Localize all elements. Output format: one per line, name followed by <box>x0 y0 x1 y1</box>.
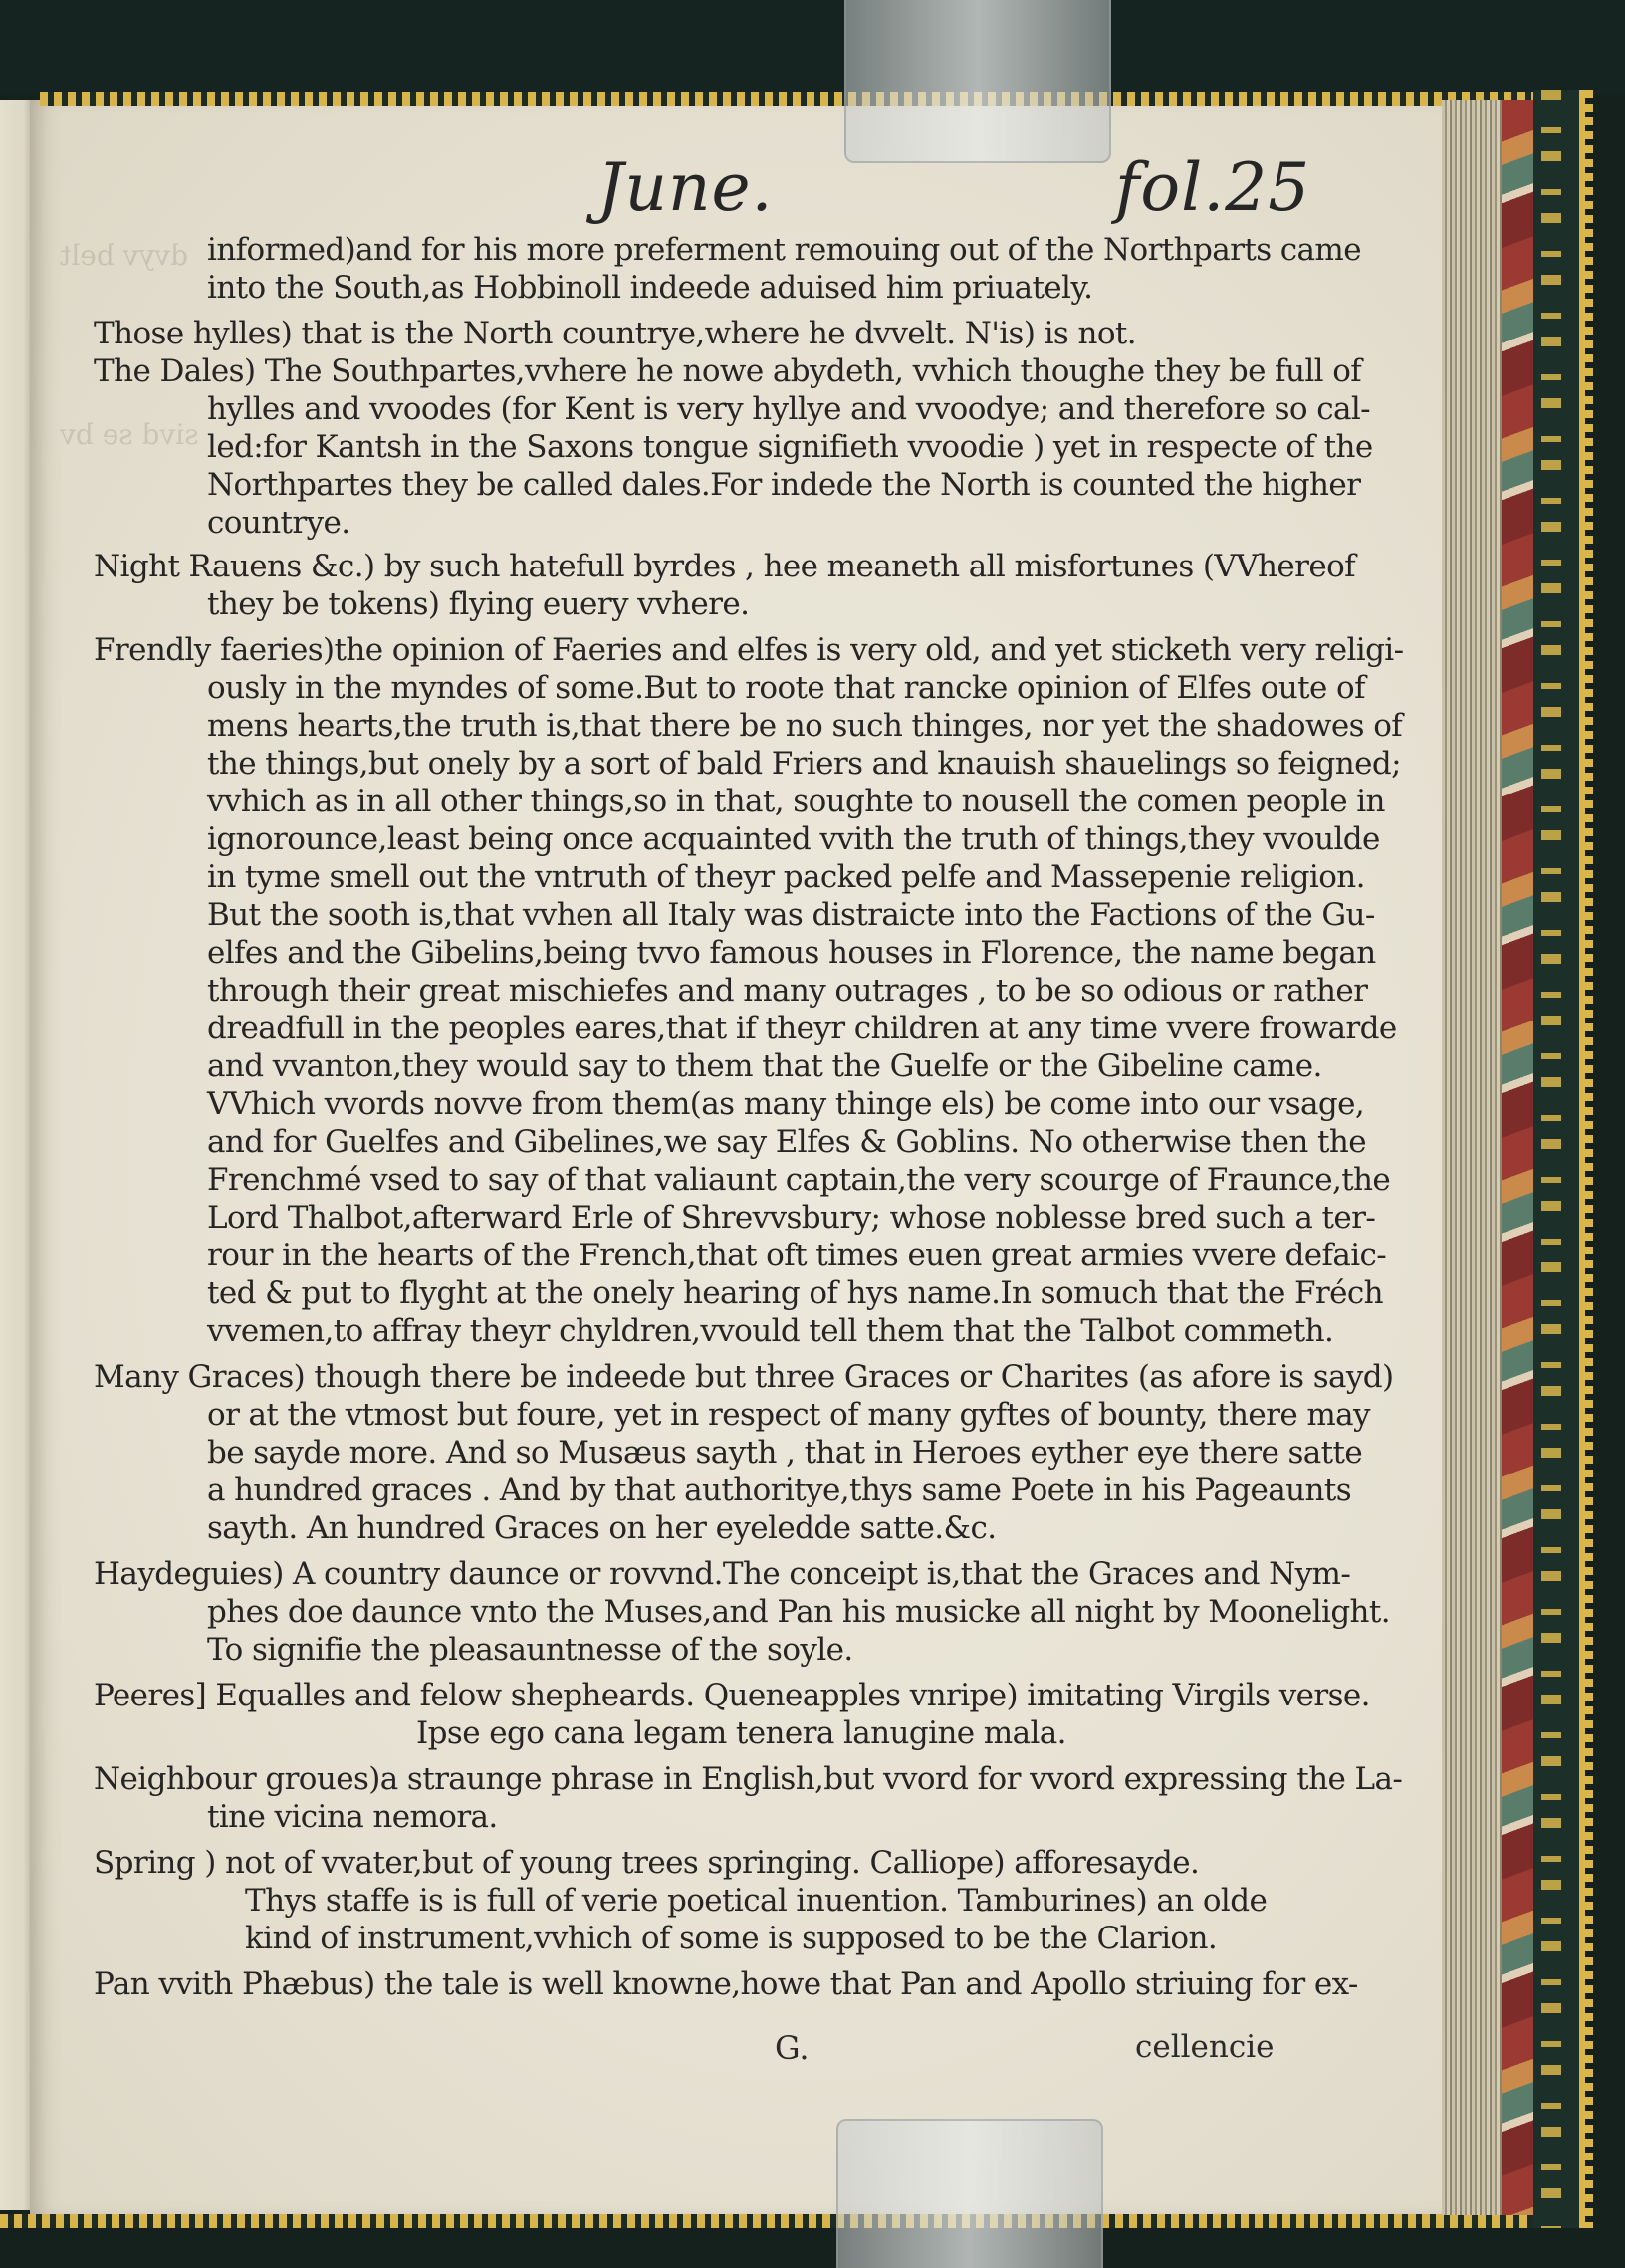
gloss-text-line: rour in the hearts of the French,that of… <box>207 1237 1386 1274</box>
background <box>0 0 1625 95</box>
gloss-text-line: countrye. <box>207 504 350 542</box>
gloss-text-line: dreadfull in the peoples eares,that if t… <box>207 1010 1397 1047</box>
gloss-entry-line: Peeres] Equalles and felow shepheards. Q… <box>94 1677 1370 1714</box>
catchword: cellencie <box>1135 2029 1274 2065</box>
gloss-text-line: To signifie the pleasauntnesse of the so… <box>207 1631 853 1669</box>
gloss-entry-line: Night Rauens &c.) by such hatefull byrde… <box>94 548 1355 585</box>
gloss-text-line: Thys staffe is is full of verie poetical… <box>245 1882 1267 1920</box>
gloss-entry-line: Those hylles) that is the North countrye… <box>94 315 1136 352</box>
glass-page-weight-bottom <box>836 2119 1103 2268</box>
signature-mark: G. <box>775 2029 810 2067</box>
show-through-text: dvyv belt <box>60 239 188 272</box>
gloss-text-line: vvemen,to affray theyr chyldren,vvould t… <box>207 1312 1333 1350</box>
gloss-entry-line: Frendly faeries)the opinion of Faeries a… <box>94 631 1404 669</box>
folio-number: fol.25 <box>1115 149 1310 226</box>
gloss-entry-line: Neighbour groues)a straunge phrase in En… <box>94 1760 1402 1798</box>
gloss-text-line: Lord Thalbot,afterward Erle of Shrevvsbu… <box>207 1199 1375 1237</box>
glass-page-weight-top <box>844 0 1111 163</box>
gloss-text-line: But the sooth is,that vvhen all Italy wa… <box>207 896 1375 934</box>
gloss-text-line: phes doe daunce vnto the Muses,and Pan h… <box>207 1593 1390 1631</box>
gloss-text-line: hylles and vvoodes (for Kent is very hyl… <box>207 390 1370 428</box>
gloss-text-line: ignorounce,least being once acquainted v… <box>207 820 1380 858</box>
show-through-text: sivd se bv <box>60 418 199 451</box>
gloss-text-line: Frenchmé vsed to say of that valiaunt ca… <box>207 1161 1390 1199</box>
gloss-text-line: and vvanton,they would say to them that … <box>207 1047 1322 1085</box>
gloss-text-line: Ipse ego cana legam tenera lanugine mala… <box>416 1714 1066 1752</box>
gloss-text-line: and for Guelfes and Gibelines,we say Elf… <box>207 1123 1366 1161</box>
gloss-text-line: in tyme smell out the vntruth of theyr p… <box>207 858 1365 896</box>
gloss-text-line: ted & put to flyght at the onely hearing… <box>207 1274 1383 1312</box>
gloss-text-line: informed)and for his more preferment rem… <box>207 231 1361 269</box>
gloss-entry-line: Pan vvith Phæbus) the tale is well known… <box>94 1965 1358 2003</box>
facing-page-edge <box>0 100 34 2210</box>
page-fore-edge <box>1442 100 1504 2215</box>
gloss-text-line: VVhich vvords novve from them(as many th… <box>207 1085 1364 1123</box>
gloss-text-line: they be tokens) flying euery vvhere. <box>207 585 749 623</box>
gloss-text-line: be sayde more. And so Musæus sayth , tha… <box>207 1434 1362 1472</box>
gilt-tooled-binding-border <box>1533 90 1585 2228</box>
gloss-text-line: tine vicina nemora. <box>207 1798 498 1836</box>
gloss-text-line: elfes and the Gibelins,being tvvo famous… <box>207 934 1376 972</box>
gloss-entry-line: Haydeguies) A country daunce or rovvnd.T… <box>94 1555 1350 1593</box>
gilt-border-top <box>40 92 1533 106</box>
gloss-text-line: the things,but onely by a sort of bald F… <box>207 745 1401 783</box>
gloss-entry-line: The Dales) The Southpartes,vvhere he now… <box>94 352 1361 390</box>
gloss-text-line: through their great mischiefes and many … <box>207 972 1367 1010</box>
gloss-entry-line: Many Graces) though there be indeede but… <box>94 1358 1394 1396</box>
gloss-text-line: Northpartes they be called dales.For ind… <box>207 466 1360 504</box>
gloss-text-line: kind of instrument,vvhich of some is sup… <box>245 1920 1217 1957</box>
running-head-title: June. <box>597 149 774 226</box>
gilt-border-bottom <box>0 2214 1533 2228</box>
gloss-text-line: vvhich as in all other things,so in that… <box>207 783 1385 820</box>
gloss-text-line: into the South,as Hobbinoll indeede adui… <box>207 269 1092 307</box>
marbled-endpaper <box>1502 100 1535 2215</box>
gloss-text-line: sayth. An hundred Graces on her eyeledde… <box>207 1509 997 1547</box>
gloss-entry-line: Spring ) not of vvater,but of young tree… <box>94 1844 1199 1882</box>
gloss-text-line: ously in the myndes of some.But to roote… <box>207 669 1365 707</box>
gloss-text-line: mens hearts,the truth is,that there be n… <box>207 707 1402 745</box>
gloss-text-line: or at the vtmost but foure, yet in respe… <box>207 1396 1370 1434</box>
gloss-text-line: led:for Kantsh in the Saxons tongue sign… <box>207 428 1373 466</box>
gloss-text-line: a hundred graces . And by that authority… <box>207 1472 1351 1509</box>
